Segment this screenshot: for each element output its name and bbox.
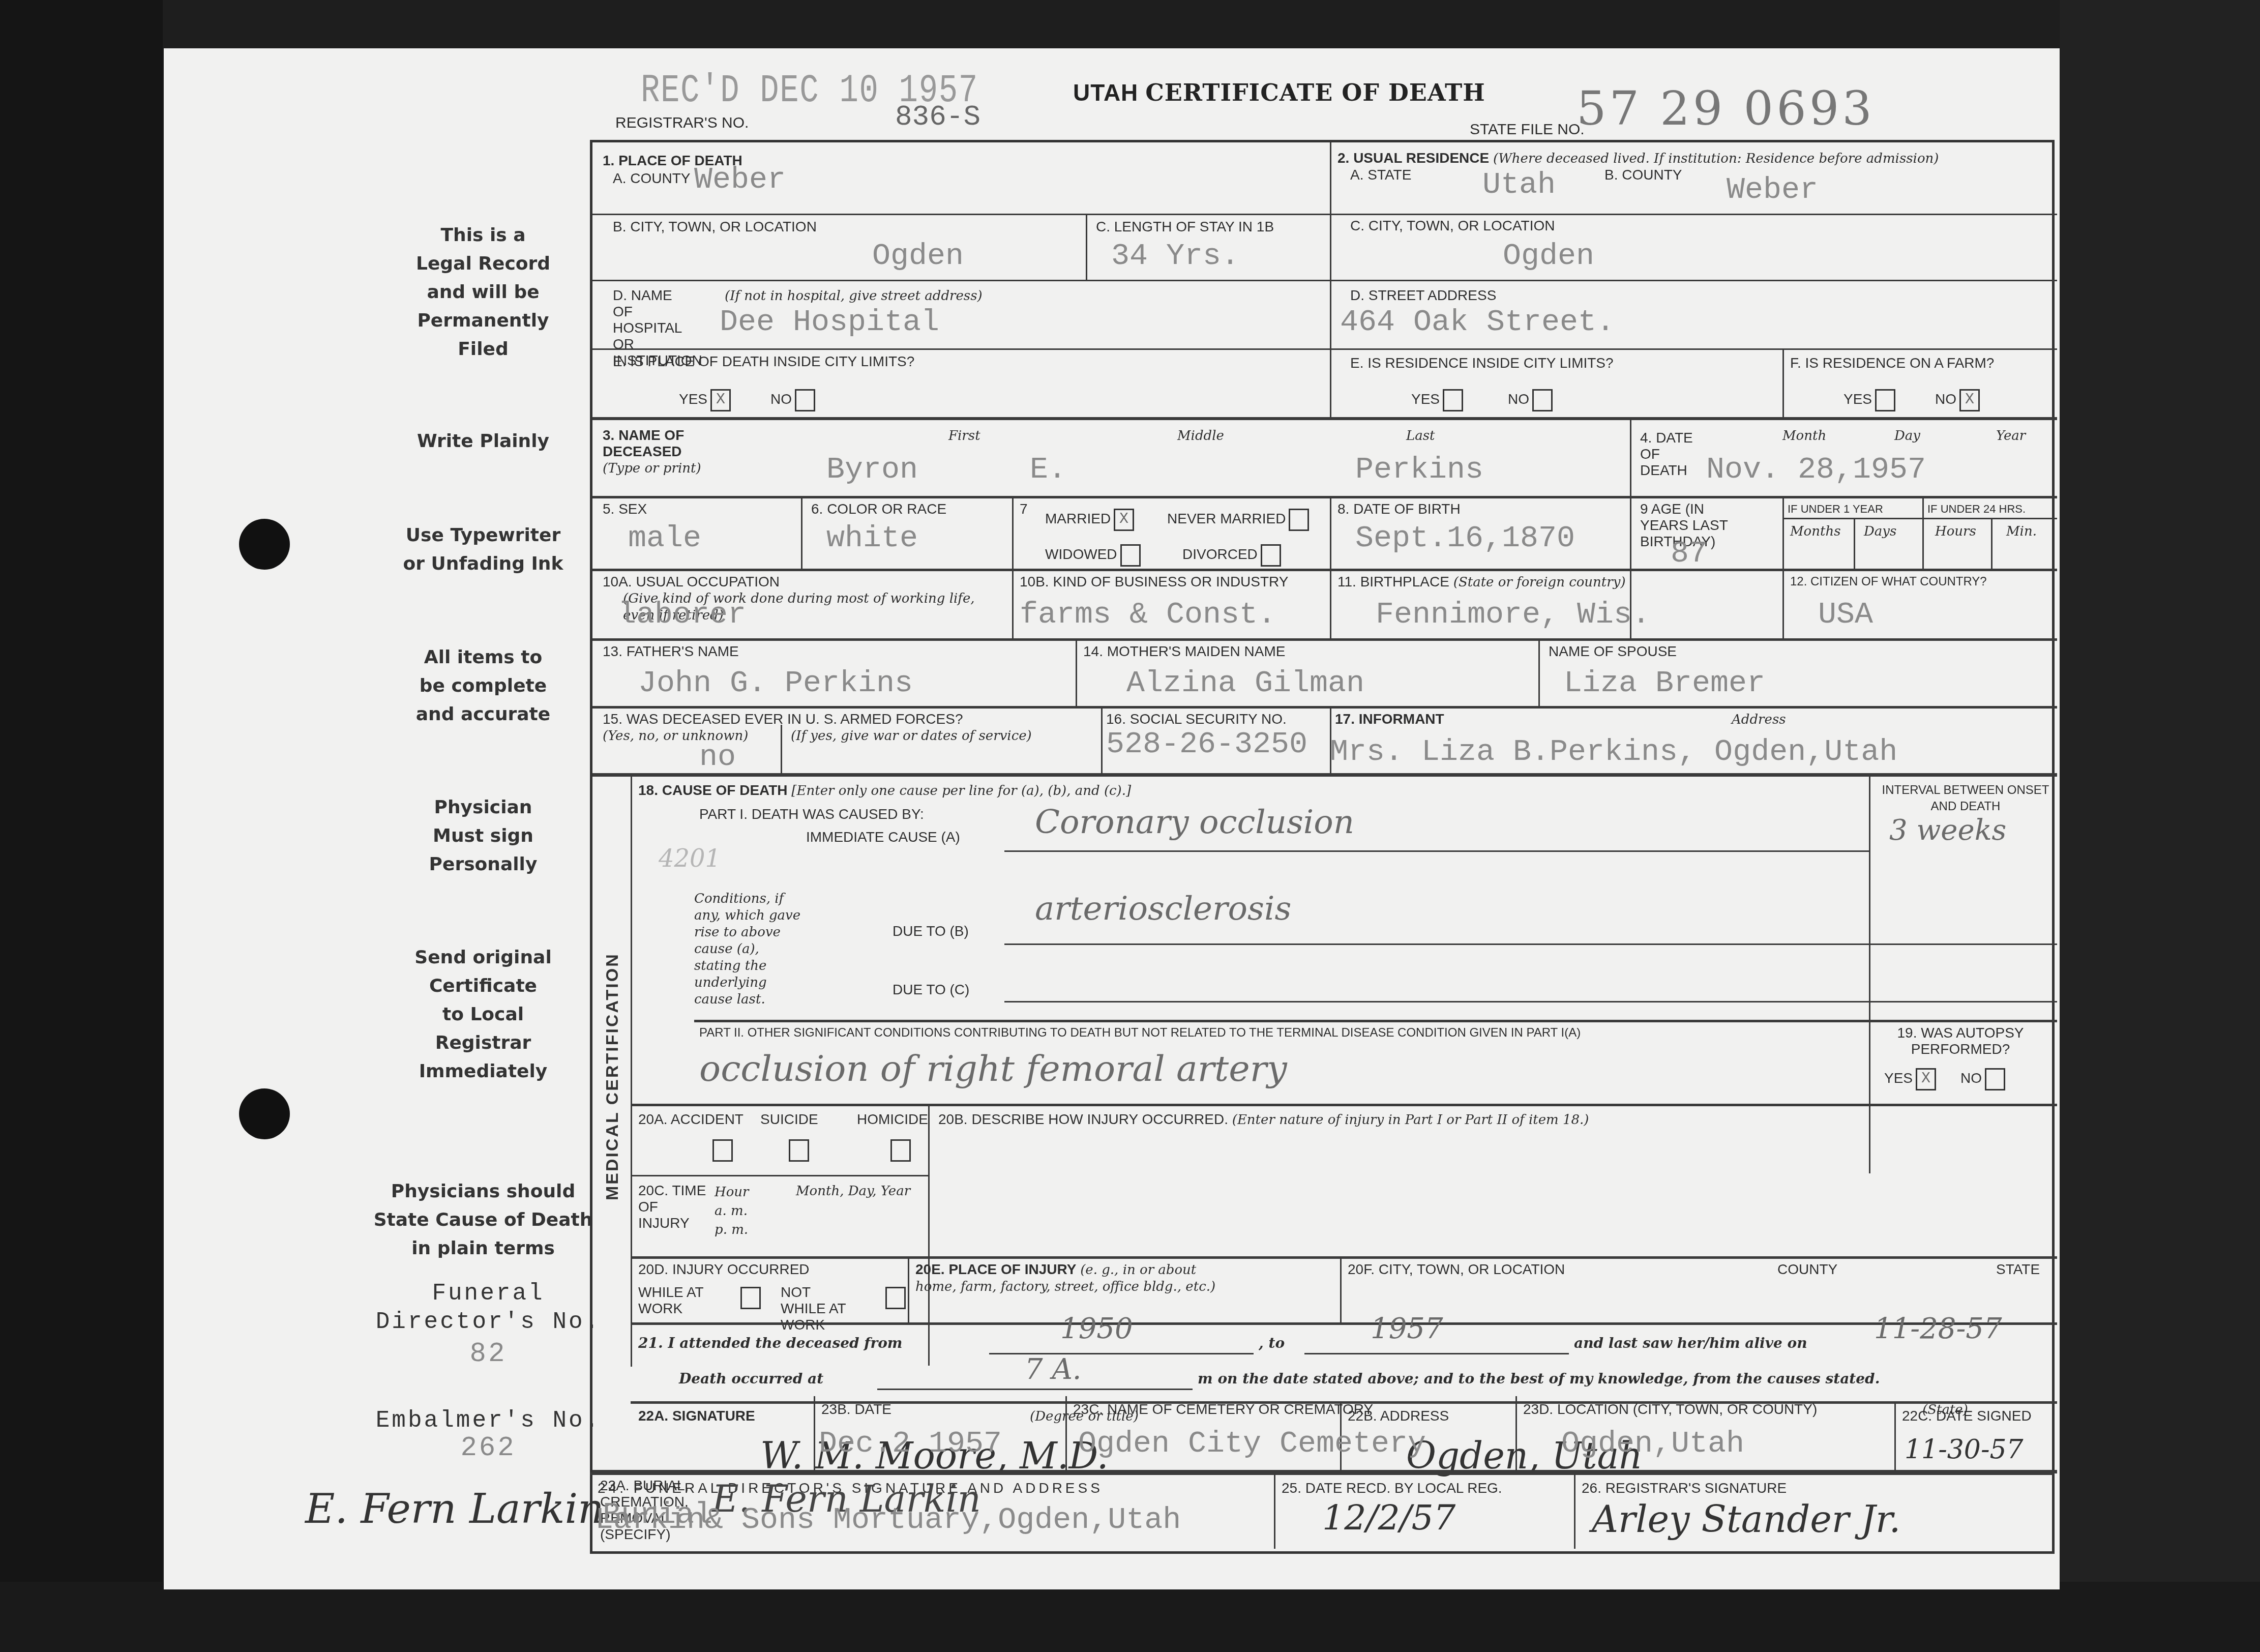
due-to-b-value: arteriosclerosis (1035, 890, 1291, 928)
hospital-hint: (If not in hospital, give street address… (725, 287, 983, 304)
death-month-label: Month (1782, 427, 1826, 444)
armed-forces-service-hint: (If yes, give war or dates of service) (791, 727, 1032, 744)
embalmer-no-label: Embalmer's No. (356, 1406, 620, 1435)
due-to-c-label: DUE TO (c) (893, 982, 969, 998)
checkbox-empty-icon[interactable] (1985, 1068, 2005, 1090)
state-file-no: 57 29 0693 (1577, 81, 1875, 136)
while-at-work-checkbox[interactable] (740, 1287, 761, 1309)
scan-background-left (0, 0, 163, 1652)
punch-hole-icon (239, 1088, 290, 1139)
autopsy-yes[interactable]: YESX (1884, 1068, 1936, 1090)
residence-city-value: Ogden (1503, 239, 1594, 274)
checkbox-checked-icon[interactable]: X (1916, 1068, 1936, 1090)
hospital-value: Dee Hospital (720, 305, 939, 340)
margin-note-legal-record: This is a Legal Record and will be Perma… (366, 221, 600, 364)
attended-from-value: 1950 (1060, 1312, 1133, 1345)
name-label: 3. NAME OF DECEASED(Type or print) (603, 427, 704, 477)
certificate-form: 1. PLACE OF DEATH a. COUNTY Weber b. CIT… (590, 140, 2055, 1554)
injury-city-label: 20f. CITY, TOWN, OR LOCATION (1348, 1261, 1565, 1278)
burial-date-label: 23b. DATE (821, 1401, 891, 1418)
father-value: John G. Perkins (638, 666, 913, 701)
interval-label: INTERVAL BETWEEN ONSET AND DEATH (1879, 782, 2052, 815)
dob-value: Sept.16,1870 (1355, 521, 1575, 556)
margin-code: 4201 (659, 844, 721, 873)
minutes-label: Min. (2006, 523, 2037, 540)
checkbox-empty-icon[interactable] (1120, 544, 1141, 567)
scan-background-bottom (0, 1582, 2260, 1652)
accident-checkbox[interactable] (712, 1139, 733, 1162)
funeral-director-no-label: Funeral Director's No. (356, 1279, 620, 1336)
title-main: CERTIFICATE OF DEATH (1145, 79, 1485, 106)
residence-farm-no[interactable]: NOX (1935, 389, 1980, 411)
scan-background-right (2060, 0, 2260, 1652)
margin-note-complete: All items to be complete and accurate (366, 643, 600, 729)
embalmer-signature: E. Fern Larkin (305, 1485, 604, 1532)
title-prefix: UTAH (1073, 79, 1138, 106)
margin-note-physician-sign: Physician Must sign Personally (366, 793, 600, 879)
residence-farm-label: f. IS RESIDENCE ON A FARM? (1790, 355, 1994, 371)
attended-to-label: , to (1259, 1335, 1285, 1351)
interval-value: 3 weeks (1889, 814, 2006, 847)
last-name-value: Perkins (1355, 453, 1483, 487)
immediate-cause-value: Coronary occlusion (1035, 804, 1354, 841)
date-of-death-label: 4. DATE OF DEATH (1640, 430, 1696, 479)
occupation-label: 10a. USUAL OCCUPATION (603, 574, 780, 590)
burial-date-value: Dec.2 1957 (819, 1427, 1002, 1461)
death-city-value: Ogden (872, 239, 964, 274)
residence-farm-yes[interactable]: YES (1843, 389, 1895, 411)
first-name-value: Byron (826, 453, 918, 487)
marital-status-label: 7 (1020, 501, 1028, 517)
age-value: 87 (1671, 537, 1707, 571)
cemetery-value: Ogden City Cemetery (1078, 1427, 1426, 1461)
residence-street-value: 464 Oak Street. (1340, 305, 1615, 340)
homicide-label: HOMICIDE (857, 1111, 928, 1128)
margin-note-cause-plain: Physicians should State Cause of Death i… (351, 1177, 615, 1263)
death-year-label: Year (1996, 427, 2026, 444)
race-value: white (826, 521, 918, 556)
business-label: 10b. KIND OF BUSINESS OR INDUSTRY (1020, 574, 1289, 590)
race-label: 6. COLOR OR RACE (811, 501, 946, 517)
length-of-stay-label: c. LENGTH OF STAY IN 1b (1096, 219, 1274, 235)
widowed-option[interactable]: WIDOWED (1045, 544, 1141, 567)
divorced-option[interactable]: DIVORCED (1182, 544, 1281, 567)
burial-section: 23b. DATE Dec.2 1957 23c. NAME OF CEMETE… (590, 1396, 2055, 1549)
death-county-value: Weber (694, 163, 786, 197)
part1-label: PART I. DEATH WAS CAUSED BY: (699, 806, 924, 822)
attended-to-value: 1957 (1371, 1312, 1443, 1345)
embalmer-no: 262 (356, 1434, 620, 1463)
attended-label: 21. I attended the deceased from (638, 1335, 902, 1351)
last-saw-value: 11-28-57 (1874, 1312, 2002, 1345)
injury-description-label: 20b. DESCRIBE HOW INJURY OCCURRED. (Ente… (938, 1111, 1589, 1128)
informant-label: 17. INFORMANT (1335, 711, 1444, 727)
not-while-at-work-option[interactable]: NOT WHILE AT WORK (781, 1284, 857, 1333)
father-label: 13. FATHER'S NAME (603, 643, 739, 660)
cemetery-label: 23c. NAME OF CEMETERY OR CREMATORY (1073, 1401, 1373, 1418)
ssn-label: 16. SOCIAL SECURITY NO. (1106, 711, 1287, 727)
autopsy-no[interactable]: NO (1960, 1068, 2005, 1090)
while-at-work-option[interactable]: WHILE AT WORK (638, 1284, 704, 1317)
registrar-signature-label: 26. REGISTRAR'S SIGNATURE (1582, 1480, 1787, 1496)
page-title: UTAH CERTIFICATE OF DEATH (1073, 79, 1485, 106)
birthplace-value: Fennimore, Wis. (1376, 598, 1650, 632)
conditions-hint: Conditions, if any, which gave rise to a… (694, 890, 806, 1008)
residence-county-label: b. COUNTY (1604, 167, 1682, 183)
residence-city-limits-no[interactable]: NO (1508, 389, 1553, 411)
last-name-label: Last (1406, 427, 1435, 444)
funeral-director-no: 82 (356, 1340, 620, 1369)
death-occurred-at-suffix: m on the date stated above; and to the b… (1198, 1371, 1880, 1387)
hour-label: Houra. m.p. m. (715, 1183, 749, 1239)
immediate-cause-label: IMMEDIATE CAUSE (a) (806, 829, 960, 845)
funeral-director-address: Larkin& Sons Mortuary,Ogden,Utah (595, 1503, 1181, 1538)
injury-occurred-label: 20d. INJURY OCCURRED (638, 1261, 810, 1278)
suicide-label: SUICIDE (760, 1111, 818, 1128)
citizen-value: USA (1818, 598, 1873, 632)
margin-note-write-plainly: Write Plainly (366, 427, 600, 456)
months-label: Months (1790, 523, 1841, 540)
days-label: Days (1864, 523, 1896, 540)
checkbox-checked-icon[interactable]: X (1959, 389, 1980, 411)
birthplace-label: 11. BIRTHPLACE (State or foreign country… (1337, 574, 1626, 591)
married-option[interactable]: MARRIEDX (1045, 509, 1134, 531)
burial-location-label: 23d. LOCATION (City, town, or county) (1523, 1401, 1817, 1418)
date-of-death-value: Nov. 28,1957 (1706, 453, 1926, 487)
length-of-stay-value: 34 Yrs. (1111, 239, 1239, 274)
residence-state-label: a. STATE (1350, 167, 1411, 183)
death-city-limits-no[interactable]: NO (770, 389, 815, 411)
residence-state-value: Utah (1482, 168, 1556, 202)
informant-address-label: Address (1732, 711, 1786, 728)
death-day-label: Day (1894, 427, 1920, 444)
burial-location-value: Ogden,Utah (1561, 1427, 1744, 1461)
sex-value: male (628, 521, 701, 556)
checkbox-empty-icon[interactable] (1875, 389, 1895, 411)
residence-city-limits-yes[interactable]: YES (1411, 389, 1463, 411)
suicide-checkbox[interactable] (789, 1139, 809, 1162)
residence-label: 2. USUAL RESIDENCE (Where deceased lived… (1337, 150, 1939, 167)
never-married-option[interactable]: NEVER MARRIED (1167, 509, 1309, 531)
residence-street-label: d. STREET ADDRESS (1350, 287, 1496, 304)
residence-city-limits-label: e. IS RESIDENCE INSIDE CITY LIMITS? (1350, 355, 1614, 371)
margin-note-typewriter: Use Typewriter or Unfading Ink (366, 521, 600, 578)
checkbox-checked-icon[interactable]: X (710, 389, 731, 411)
injury-county-label: COUNTY (1777, 1261, 1837, 1278)
cause-of-death-label: 18. CAUSE OF DEATH [Enter only one cause… (638, 782, 1131, 799)
last-saw-label: and last saw her/him alive on (1574, 1335, 1807, 1351)
middle-name-label: Middle (1177, 427, 1224, 444)
not-while-at-work-checkbox[interactable] (885, 1287, 906, 1309)
under-24-hrs-label: IF UNDER 24 HRS. (1927, 501, 2026, 517)
due-to-b-label: DUE TO (b) (893, 923, 969, 939)
informant-value: Mrs. Liza B.Perkins, Ogden,Utah (1330, 735, 1897, 770)
dob-label: 8. DATE OF BIRTH (1337, 501, 1461, 517)
checkbox-empty-icon[interactable] (1443, 389, 1463, 411)
death-city-limits-label: e. IS PLACE OF DEATH INSIDE CITY LIMITS? (613, 353, 914, 370)
checkbox-empty-icon[interactable] (795, 389, 815, 411)
registrar-no: 836-S (895, 101, 980, 133)
autopsy-label: 19. WAS AUTOPSY PERFORMED? (1879, 1025, 2042, 1057)
death-occurred-at-label: Death occurred at (679, 1371, 823, 1387)
under-1-year-label: IF UNDER 1 YEAR (1788, 501, 1883, 517)
death-city-limits-yes[interactable]: YESX (679, 389, 731, 411)
accident-label: 20a. ACCIDENT (638, 1111, 744, 1128)
middle-name-value: E. (1030, 453, 1066, 487)
spouse-value: Liza Bremer (1564, 666, 1765, 701)
registrar-signature: Arley Stander Jr. (1592, 1498, 1900, 1541)
mother-label: 14. MOTHER'S MAIDEN NAME (1083, 643, 1285, 660)
business-value: farms & Const. (1020, 598, 1276, 632)
residence-city-label: c. CITY, TOWN, OR LOCATION (1350, 218, 1555, 234)
part2-label: PART II. OTHER SIGNIFICANT CONDITIONS CO… (699, 1025, 1581, 1041)
death-occurred-at-value: 7 A. (1025, 1353, 1082, 1386)
checkbox-empty-icon[interactable] (1261, 544, 1281, 567)
margin-note-send-original: Send original Certificate to Local Regis… (366, 943, 600, 1086)
checkbox-checked-icon[interactable]: X (1114, 509, 1134, 531)
part2-value: occlusion of right femoral artery (699, 1048, 1287, 1089)
registrar-no-label: REGISTRAR'S NO. (615, 114, 749, 132)
time-of-injury-label: 20c. TIME OF INJURY (638, 1183, 709, 1231)
month-day-year-label: Month, Day, Year (796, 1183, 910, 1199)
death-city-label: b. CITY, TOWN, OR LOCATION (613, 219, 817, 235)
residence-county-value: Weber (1727, 173, 1818, 208)
medical-certification-side-label: MEDICAL CERTIFICATION (603, 953, 622, 1200)
armed-forces-label: 15. WAS DECEASED EVER IN U. S. ARMED FOR… (603, 711, 963, 727)
state-file-no-label: STATE FILE NO. (1470, 121, 1585, 138)
date-received-value: 12/2/57 (1322, 1498, 1455, 1538)
death-county-label: a. COUNTY (613, 170, 690, 187)
checkbox-empty-icon[interactable] (1532, 389, 1553, 411)
armed-forces-value: no (699, 740, 736, 775)
injury-state-label: STATE (1996, 1261, 2040, 1278)
place-of-injury-label: 20e. PLACE OF INJURY (e. g., in or about… (915, 1261, 1231, 1295)
burial-state-label: (State) (1922, 1401, 1968, 1418)
hours-label: Hours (1935, 523, 1976, 540)
checkbox-empty-icon[interactable] (1289, 509, 1309, 531)
sex-label: 5. SEX (603, 501, 647, 517)
citizen-label: 12. CITIZEN OF WHAT COUNTRY? (1790, 574, 1987, 590)
punch-hole-icon (239, 519, 290, 570)
occupation-value: laborer (618, 598, 746, 632)
spouse-label: NAME OF SPOUSE (1549, 643, 1677, 660)
homicide-checkbox[interactable] (890, 1139, 911, 1162)
ssn-value: 528-26-3250 (1106, 727, 1307, 762)
mother-value: Alzina Gilman (1126, 666, 1364, 701)
date-received-label: 25. DATE RECD. BY LOCAL REG. (1282, 1480, 1502, 1496)
first-name-label: First (948, 427, 980, 444)
